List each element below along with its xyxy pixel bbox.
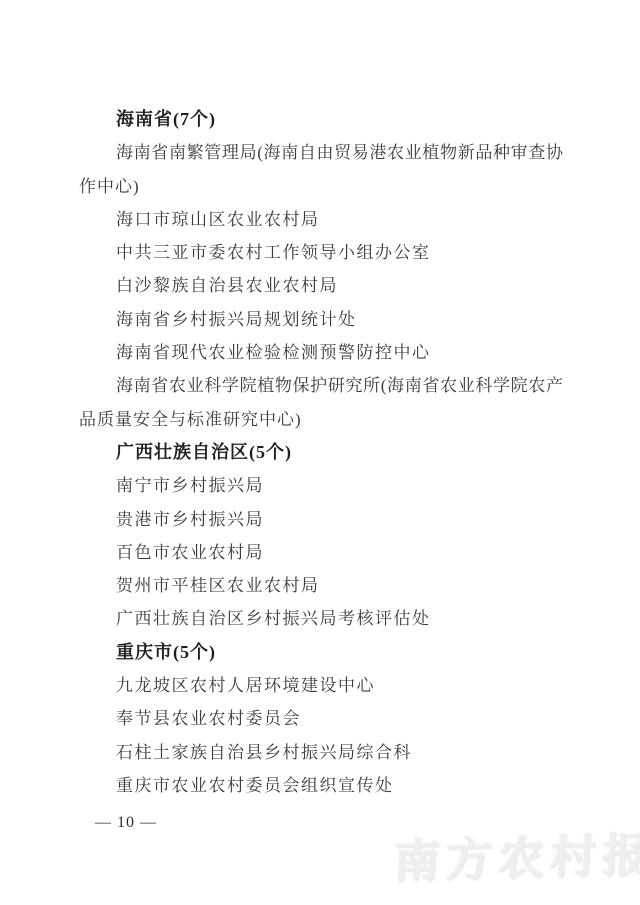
section-heading: 海南省(7个) <box>79 103 563 136</box>
page-number: — 10 — <box>95 806 157 839</box>
entry-line: 白沙黎族自治县农业农村局 <box>79 269 563 302</box>
entry-line: 奉节县农业农村委员会 <box>79 702 563 735</box>
entry-line: 贺州市平桂区农业农村局 <box>79 569 563 602</box>
section-heading: 重庆市(5个) <box>79 636 563 669</box>
entry-line: 石柱土家族自治县乡村振兴局综合科 <box>79 736 563 769</box>
entry-line: 海南省现代农业检验检测预警防控中心 <box>79 336 563 369</box>
entry-line: 海南省南繁管理局(海南自由贸易港农业植物新品种审查协 <box>79 136 563 169</box>
section-heading: 广西壮族自治区(5个) <box>79 436 563 469</box>
entry-line: 九龙坡区农村人居环境建设中心 <box>79 669 563 702</box>
entry-line: 百色市农业农村局 <box>79 536 563 569</box>
entry-line: 品质量安全与标准研究中心) <box>79 403 563 436</box>
document-content: 海南省(7个)海南省南繁管理局(海南自由贸易港农业植物新品种审查协作中心)海口市… <box>79 103 563 802</box>
entry-line: 贵港市乡村振兴局 <box>79 503 563 536</box>
entry-line: 作中心) <box>79 170 563 203</box>
entry-line: 重庆市农业农村委员会组织宣传处 <box>79 769 563 802</box>
entry-line: 海口市琼山区农业农村局 <box>79 203 563 236</box>
watermark-text: 南方农村报 <box>392 819 640 892</box>
entry-line: 南宁市乡村振兴局 <box>79 469 563 502</box>
document-page: 海南省(7个)海南省南繁管理局(海南自由贸易港农业植物新品种审查协作中心)海口市… <box>0 0 640 905</box>
entry-line: 中共三亚市委农村工作领导小组办公室 <box>79 236 563 269</box>
entry-line: 广西壮族自治区乡村振兴局考核评估处 <box>79 602 563 635</box>
entry-line: 海南省农业科学院植物保护研究所(海南省农业科学院农产 <box>79 369 563 402</box>
entry-line: 海南省乡村振兴局规划统计处 <box>79 303 563 336</box>
